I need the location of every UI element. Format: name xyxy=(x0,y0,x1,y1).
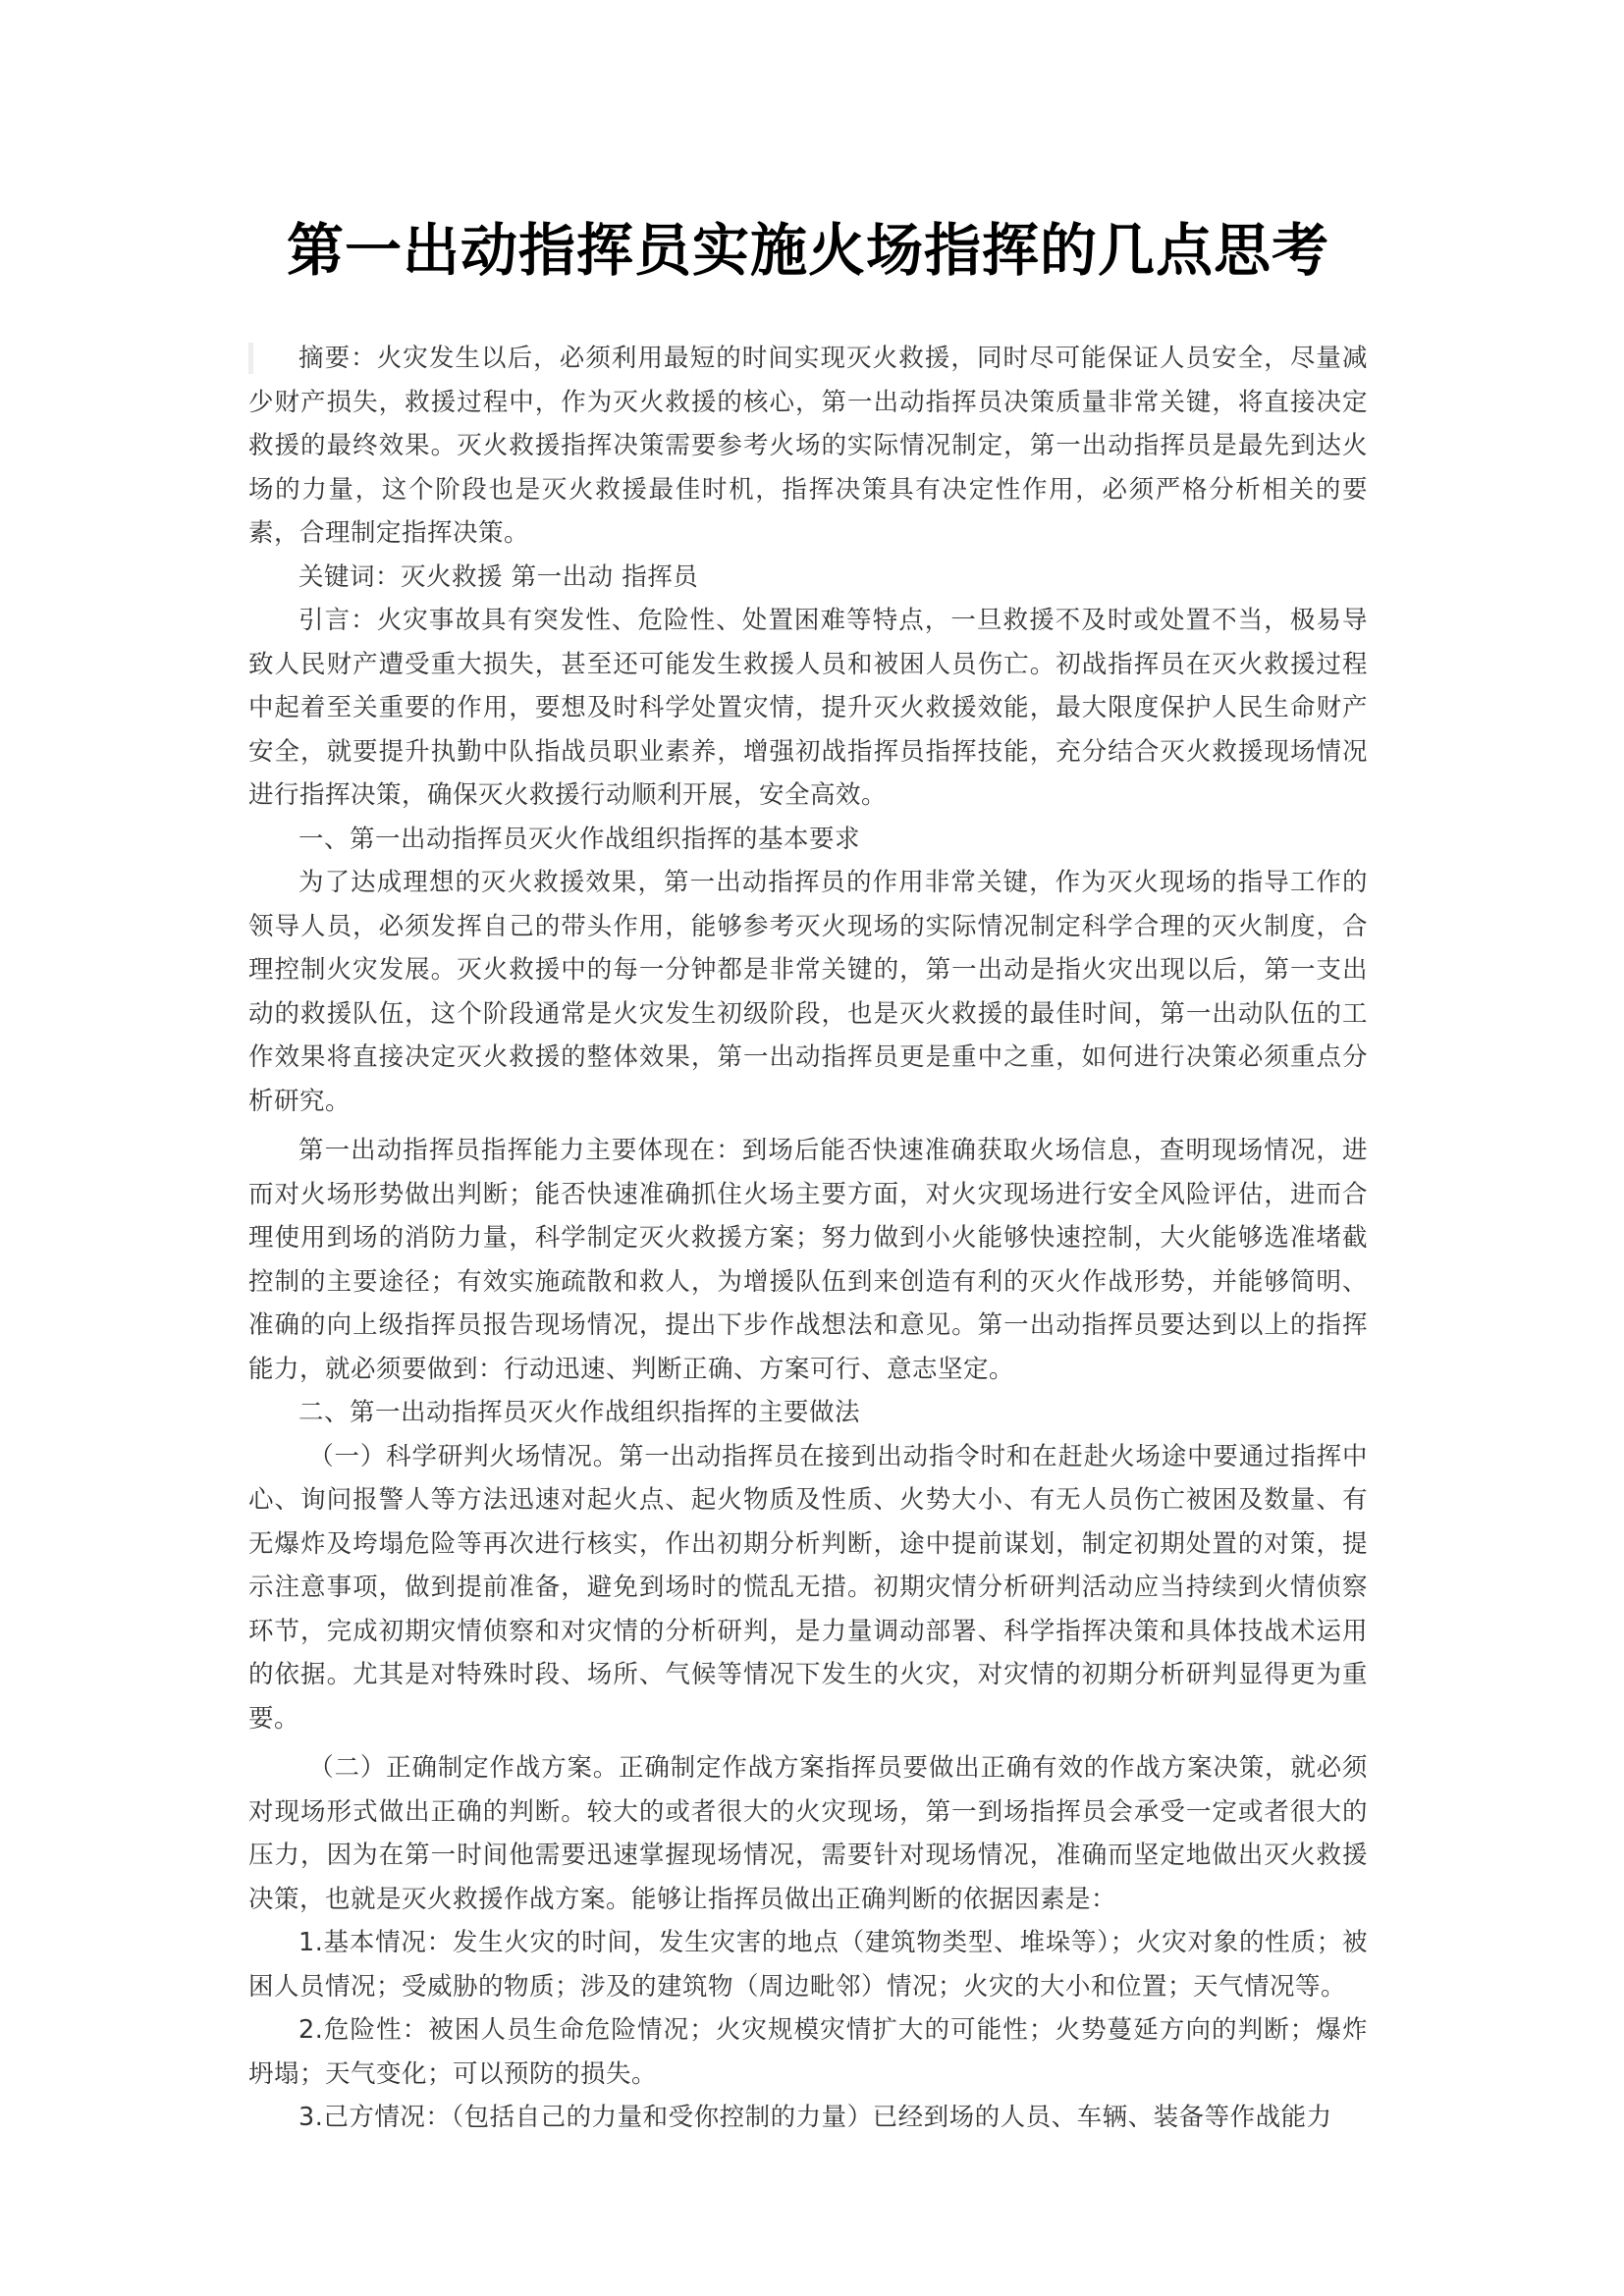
section-1-paragraph: 第一出动指挥员指挥能力主要体现在：到场后能否快速准确获取火场信息，查明现场情况，… xyxy=(248,1129,1368,1391)
document-title: 第一出动指挥员实施火场指挥的几点思考 xyxy=(248,211,1368,290)
abstract-paragraph: 摘要：火灾发生以后，必须利用最短的时间实现灭火救援，同时尽可能保证人员安全，尽量… xyxy=(248,337,1368,556)
abstract-block: 摘要：火灾发生以后，必须利用最短的时间实现灭火救援，同时尽可能保证人员安全，尽量… xyxy=(248,337,1368,556)
document-page: 第一出动指挥员实施火场指挥的几点思考 摘要：火灾发生以后，必须利用最短的时间实现… xyxy=(248,211,1368,2140)
introduction-paragraph: 引言：火灾事故具有突发性、危险性、处置困难等特点，一旦救援不及时或处置不当，极易… xyxy=(248,599,1368,818)
abstract-marker xyxy=(248,343,253,374)
section-2-subsection-1: （一）科学研判火场情况。第一出动指挥员在接到出动指令时和在赶赴火场途中要通过指挥… xyxy=(248,1435,1368,1741)
section-2-subsection-2: （二）正确制定作战方案。正确制定作战方案指挥员要做出正确有效的作战方案决策，就必… xyxy=(248,1746,1368,1921)
section-1-heading: 一、第一出动指挥员灭火作战组织指挥的基本要求 xyxy=(248,818,1368,862)
factor-item-2: 2.危险性：被困人员生命危险情况；火灾规模灾情扩大的可能性；火势蔓延方向的判断；… xyxy=(248,2008,1368,2096)
section-1-paragraph: 为了达成理想的灭火救援效果，第一出动指挥员的作用非常关键，作为灭火现场的指导工作… xyxy=(248,861,1368,1123)
factor-item-1: 1.基本情况：发生火灾的时间，发生灾害的地点（建筑物类型、堆垛等）；火灾对象的性… xyxy=(248,1921,1368,2008)
keywords-paragraph: 关键词：灭火救援 第一出动 指挥员 xyxy=(248,556,1368,600)
section-2-heading: 二、第一出动指挥员灭火作战组织指挥的主要做法 xyxy=(248,1391,1368,1435)
factor-item-3: 3.己方情况：（包括自己的力量和受你控制的力量）已经到场的人员、车辆、装备等作战… xyxy=(248,2096,1368,2140)
